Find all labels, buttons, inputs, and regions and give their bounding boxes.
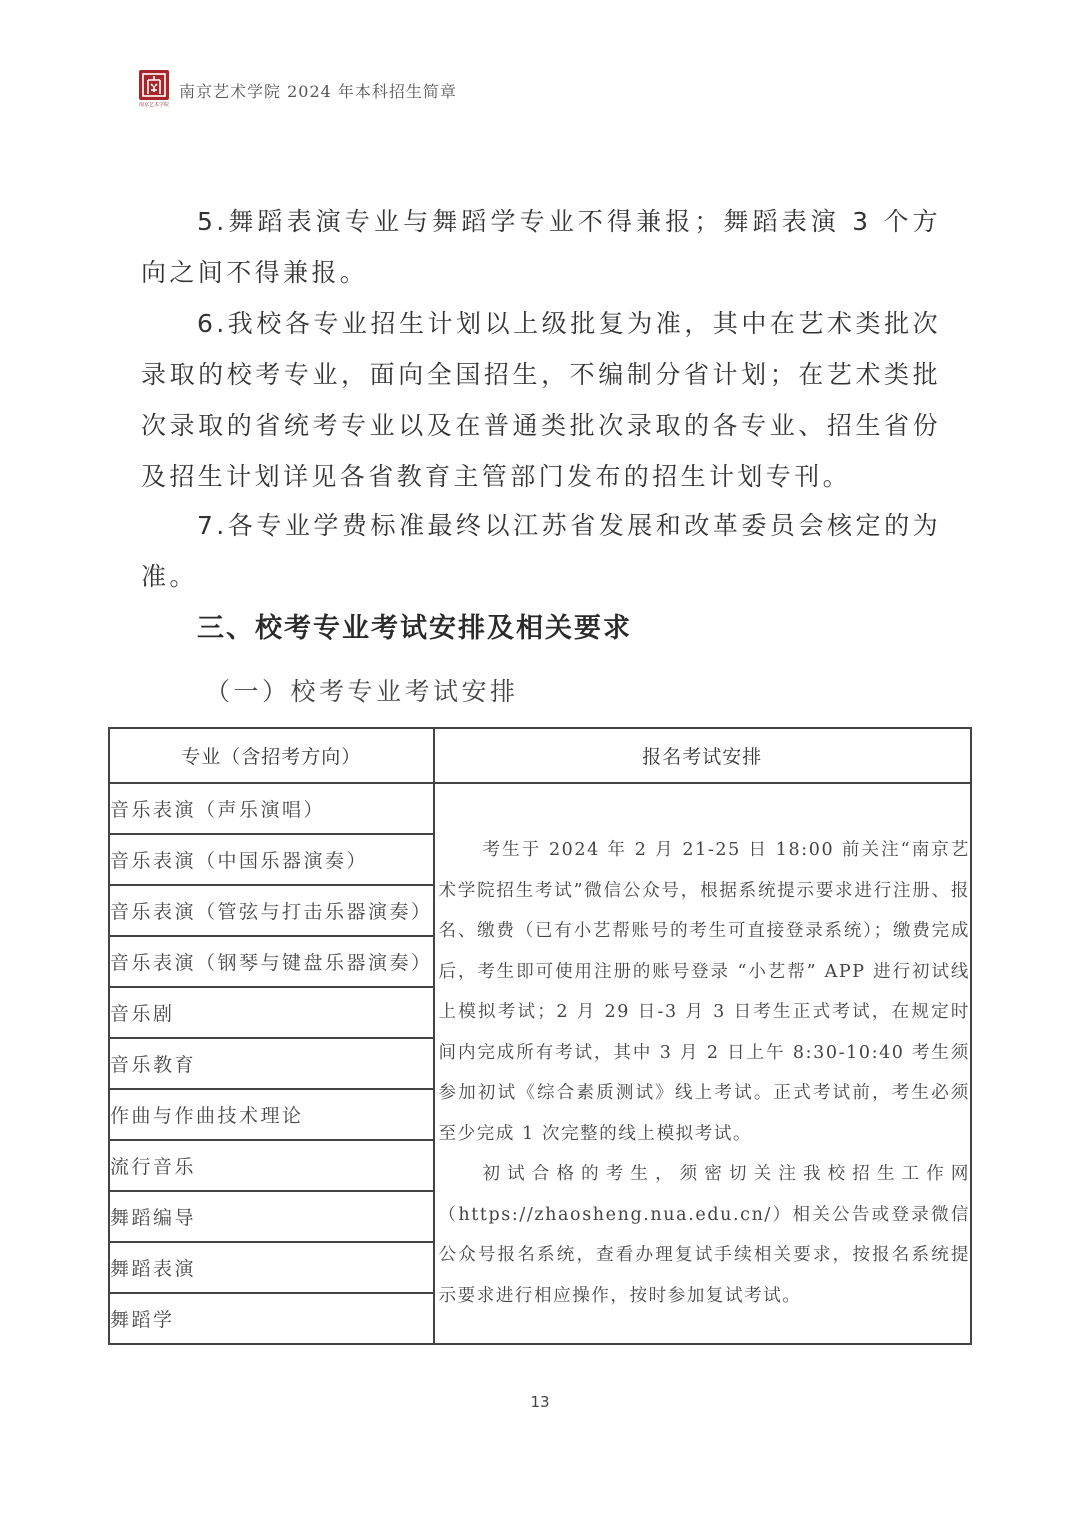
arrangement-cell: 考生于 2024 年 2 月 21-25 日 18:00 前关注“南京艺术学院招… [434, 783, 971, 1344]
paragraph-item-7: 7.各专业学费标准最终以江苏省发展和改革委员会核定的为准。 [141, 500, 941, 602]
section-heading: 三、校考专业考试安排及相关要求 [197, 607, 632, 651]
logo-caption: 南京艺术学院 [137, 102, 171, 108]
major-cell: 舞蹈表演 [109, 1242, 434, 1293]
seal-glyph-icon [142, 73, 166, 97]
header-title: 南京艺术学院 2024 年本科招生简章 [179, 79, 457, 102]
seal-logo-icon [139, 70, 169, 100]
sub-heading: （一）校考专业考试安排 [205, 670, 519, 714]
major-cell: 音乐表演（钢琴与键盘乐器演奏） [109, 936, 434, 987]
major-cell: 舞蹈编导 [109, 1191, 434, 1242]
major-cell: 作曲与作曲技术理论 [109, 1089, 434, 1140]
major-cell: 音乐教育 [109, 1038, 434, 1089]
major-cell: 音乐表演（声乐演唱） [109, 783, 434, 834]
table-row: 音乐表演（声乐演唱） 考生于 2024 年 2 月 21-25 日 18:00 … [109, 783, 971, 834]
major-cell: 流行音乐 [109, 1140, 434, 1191]
paragraph-item-6: 6.我校各专业招生计划以上级批复为准，其中在艺术类批次录取的校考专业，面向全国招… [141, 298, 941, 502]
arrangement-paragraph-registration: 考生于 2024 年 2 月 21-25 日 18:00 前关注“南京艺术学院招… [439, 830, 970, 1154]
school-logo: 南京艺术学院 [137, 70, 171, 110]
major-cell: 音乐表演（管弦与打击乐器演奏） [109, 885, 434, 936]
arrangement-text: 考生于 2024 年 2 月 21-25 日 18:00 前关注“南京艺术学院招… [435, 784, 970, 1316]
major-cell: 音乐剧 [109, 987, 434, 1038]
document-header: 南京艺术学院 南京艺术学院 2024 年本科招生简章 [137, 70, 457, 110]
column-header-major: 专业（含招考方向） [109, 728, 434, 783]
major-cell: 舞蹈学 [109, 1293, 434, 1344]
paragraph-item-5: 5.舞蹈表演专业与舞蹈学专业不得兼报；舞蹈表演 3 个方向之间不得兼报。 [141, 196, 941, 298]
column-header-arrangement: 报名考试安排 [434, 728, 971, 783]
major-cell: 音乐表演（中国乐器演奏） [109, 834, 434, 885]
table-header-row: 专业（含招考方向） 报名考试安排 [109, 728, 971, 783]
exam-schedule-table: 专业（含招考方向） 报名考试安排 音乐表演（声乐演唱） 考生于 2024 年 2… [108, 727, 972, 1345]
arrangement-paragraph-retest: 初试合格的考生，须密切关注我校招生工作网（https://zhaosheng.n… [439, 1154, 970, 1316]
page-number: 13 [0, 1393, 1080, 1411]
